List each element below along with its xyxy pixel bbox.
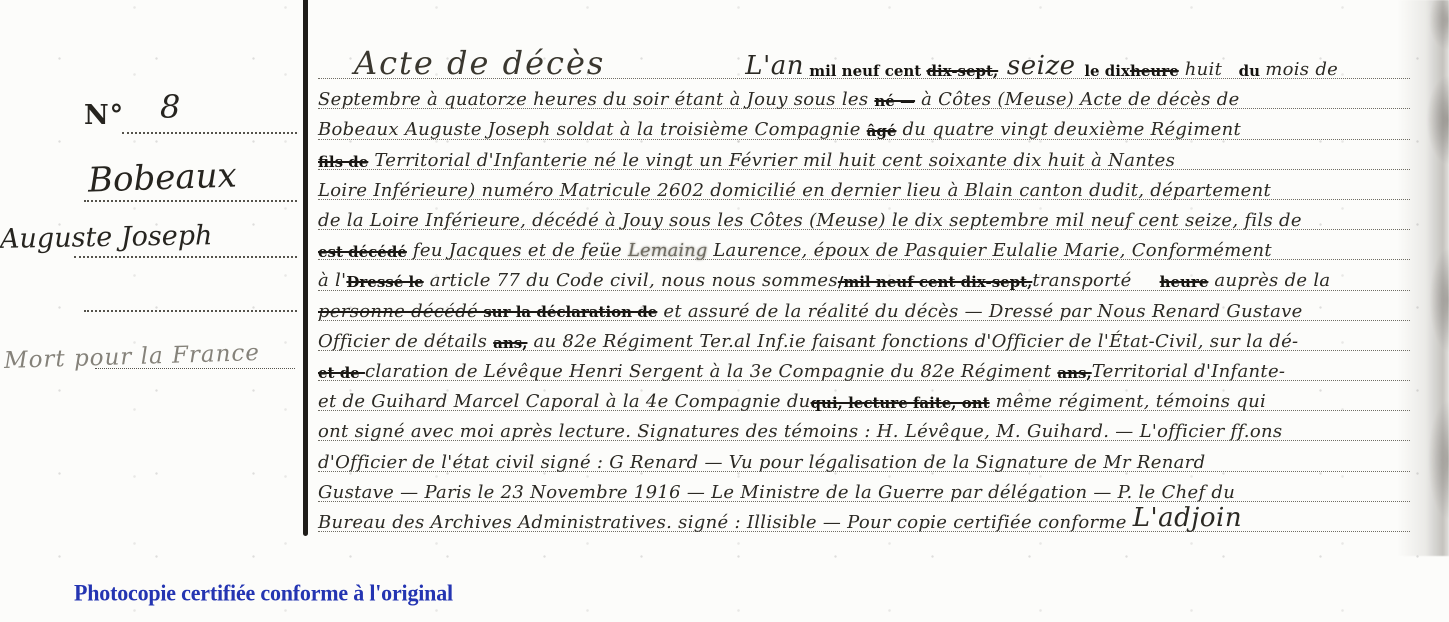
struck-text-segment: /mil neuf cent dix-sept,	[838, 275, 1032, 289]
act-number-label: N°	[84, 100, 124, 131]
text-segment: mois de	[1265, 61, 1338, 78]
struck-text-segment: né —	[874, 94, 915, 108]
struck-text-segment: Dressé le	[346, 275, 423, 289]
act-lines: Acte de décèsL'an mil neuf cent dix-sept…	[318, 49, 1410, 532]
text-segment: Territorial d'Infante-	[1092, 363, 1286, 380]
text-segment: L'adjoin	[1133, 506, 1242, 531]
text-segment: Territorial d'Infanterie né le vingt un …	[368, 152, 1175, 169]
text-segment: Bureau des Archives Administratives. sig…	[318, 514, 1133, 531]
text-segment: Laurence, époux de Pasquier Eulalie Mari…	[707, 242, 1272, 259]
struck-text-segment: âgé	[867, 124, 897, 138]
text-segment: huit	[1179, 61, 1228, 78]
struck-text-segment: personne décédé	[318, 303, 478, 320]
act-line: de la Loire Inférieure, décédé à Jouy so…	[318, 200, 1410, 230]
text-segment: du	[1228, 64, 1265, 78]
text-segment: et assuré de la réalité du décès — Dress…	[657, 303, 1302, 320]
act-line: est décédé feu Jacques et de feüe Lemain…	[318, 230, 1410, 260]
text-segment: transporté	[1032, 272, 1131, 289]
text-segment: au 82e Régiment Ter.al Inf.ie faisant fo…	[527, 333, 1298, 350]
struck-text-segment: fils de	[318, 155, 368, 169]
struck-text-segment: heure	[1160, 275, 1209, 289]
act-number-value: 8	[160, 88, 180, 126]
struck-text-segment: et de	[318, 366, 365, 380]
death-certificate-scan: N° 8 Bobeaux Auguste Joseph Mort pour la…	[0, 0, 1449, 622]
dotted-rule	[95, 368, 295, 369]
margin-column: N° 8 Bobeaux Auguste Joseph Mort pour la…	[0, 0, 303, 560]
text-segment: Loire Inférieure) numéro Matricule 2602 …	[318, 182, 1271, 199]
struck-text-segment: ans,	[493, 336, 527, 350]
text-segment: et de Guihard Marcel Caporal à la 4e Com…	[318, 393, 811, 410]
struck-text-segment: heure	[1130, 64, 1179, 78]
struck-text-segment: qui, lecture faite, ont	[811, 396, 990, 410]
text-segment: mil neuf cent	[804, 64, 926, 78]
text-segment: article 77 du Code civil, nous nous somm…	[424, 272, 838, 289]
text-segment: d'Officier de l'état civil signé : G Ren…	[318, 454, 1205, 471]
text-segment: à l'	[318, 272, 346, 289]
act-line: Officier de détails ans, au 82e Régiment…	[318, 321, 1410, 351]
act-line: personne décédé sur la déclaration de et…	[318, 291, 1410, 321]
dotted-rule	[84, 310, 297, 312]
dotted-rule	[74, 256, 297, 258]
dotted-rule	[122, 132, 297, 134]
struck-text-segment: sur la déclaration de	[478, 305, 657, 319]
act-line: ont signé avec moi après lecture. Signat…	[318, 411, 1410, 441]
act-line: et de claration de Lévêque Henri Sergent…	[318, 351, 1410, 381]
text-segment: Officier de détails	[318, 333, 493, 350]
text-segment: le dix	[1084, 64, 1130, 78]
act-line: à l'Dressé le article 77 du Code civil, …	[318, 260, 1410, 290]
text-segment: Gustave — Paris le 23 Novembre 1916 — Le…	[318, 484, 1235, 501]
struck-text-segment: ans,	[1057, 366, 1091, 380]
text-segment: de la Loire Inférieure, décédé à Jouy so…	[318, 212, 1302, 229]
text-segment: Lemaing	[628, 242, 707, 259]
text-segment: du quatre vingt deuxième Régiment	[896, 121, 1241, 138]
act-line: et de Guihard Marcel Caporal à la 4e Com…	[318, 381, 1410, 411]
act-line: Bobeaux Auguste Joseph soldat à la trois…	[318, 109, 1410, 139]
margin-divider-rule	[303, 0, 308, 536]
text-segment: Bobeaux Auguste Joseph soldat à la trois…	[318, 121, 867, 138]
certification-stamp: Photocopie certifiée conforme à l'origin…	[74, 579, 453, 607]
text-segment: seize	[998, 54, 1084, 79]
struck-text-segment: dix-sept,	[926, 64, 998, 78]
act-line: fils de Territorial d'Infanterie né le v…	[318, 140, 1410, 170]
struck-text-segment: est décédé	[318, 245, 407, 259]
text-segment: même régiment, témoins qui	[990, 393, 1266, 410]
text-segment: L'an	[745, 54, 804, 79]
margin-given-names: Auguste Joseph	[0, 220, 213, 255]
margin-surname: Bobeaux	[87, 155, 237, 200]
dotted-rule	[84, 200, 297, 202]
act-line: d'Officier de l'état civil signé : G Ren…	[318, 441, 1410, 471]
text-segment: Septembre à quatorze heures du soir étan…	[318, 91, 874, 108]
act-line: Bureau des Archives Administratives. sig…	[318, 502, 1410, 532]
act-line: Acte de décèsL'an mil neuf cent dix-sept…	[318, 49, 1410, 79]
text-segment: feu Jacques et de feüe	[407, 242, 628, 259]
act-line: Septembre à quatorze heures du soir étan…	[318, 79, 1410, 109]
text-segment: auprès de la	[1208, 272, 1330, 289]
act-line: Gustave — Paris le 23 Novembre 1916 — Le…	[318, 472, 1410, 502]
text-segment: ont signé avec moi après lecture. Signat…	[318, 423, 1282, 440]
text-segment: claration de Lévêque Henri Sergent à la …	[365, 363, 1057, 380]
text-segment: Acte de décès	[354, 48, 605, 78]
act-line: Loire Inférieure) numéro Matricule 2602 …	[318, 170, 1410, 200]
text-segment: à Côtes (Meuse) Acte de décès de	[915, 91, 1240, 108]
